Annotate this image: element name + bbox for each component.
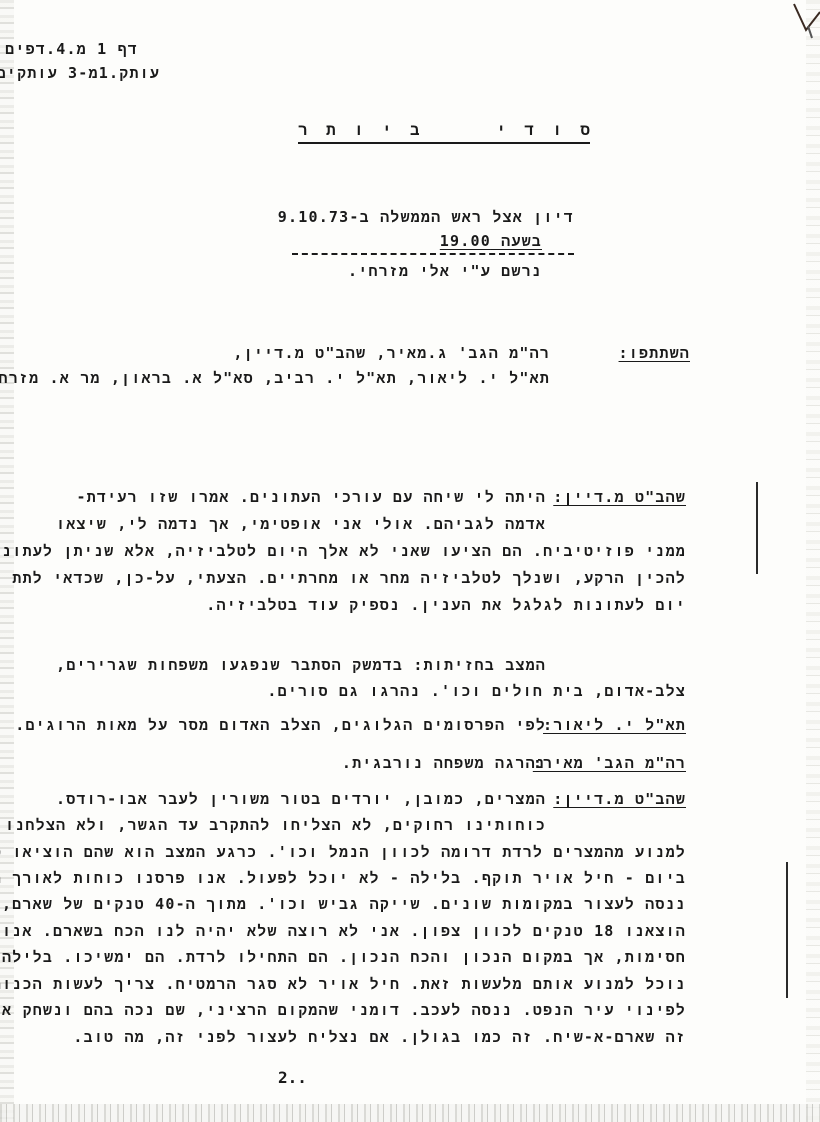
title-letter: י	[496, 120, 506, 140]
scanned-document-page: דף 1 מ.4.דפים עותק.1מ-3 עותקים ס ו ד י ב…	[0, 0, 820, 1122]
classification-title: ס ו ד י ב י ו ת ר	[298, 120, 590, 144]
meeting-title: דיון אצל ראש הממשלה ב-9.10.73	[278, 208, 574, 227]
title-letter: י	[382, 120, 392, 140]
text-line: ממני פוזיטיביח. הם הציעו שאני לא אלך היו…	[0, 542, 686, 561]
margin-mark	[756, 482, 758, 574]
text-line: נוכל למנוע אותם מלעשות זאת. חיל אויר לא …	[0, 975, 686, 994]
text-line: ביום - חיל אויר תוקף. בלילה - לא יוכל לפ…	[0, 869, 686, 888]
text-line: אדמה לגביהם. אולי אני אופטימי, אך נדמה ל…	[56, 515, 546, 534]
title-letter: ו	[552, 120, 562, 140]
text-line: להכין הרקע, ושנלך לטלביזיה מחר או מחרתיי…	[12, 569, 686, 588]
title-letter: ב	[410, 120, 420, 140]
dashed-separator	[292, 253, 574, 255]
title-letter: ד	[524, 120, 534, 140]
recorded-by: נרשם ע"י אלי מזרחי.	[348, 262, 542, 281]
continuation-page-marker: 2..	[278, 1068, 307, 1087]
title-letter: ס	[580, 120, 590, 140]
participants-line-2: תא"ל י. ליאור, תא"ל י. רביב, סא"ל א. ברא…	[0, 369, 550, 388]
text-line: המצב בחזיתות: בדמשק הסתבר שנפגעו משפחות …	[56, 656, 546, 675]
text-line: הוצאנו 18 טנקים לכוון צפון. אני לא רוצה …	[0, 922, 686, 941]
title-letter: ר	[298, 120, 308, 140]
text-line: יום לעתונות לגלגל את הענין. נספיק עוד בט…	[206, 596, 686, 615]
text-line: היתה לי שיחה עם עורכי העתונים. אמרו שזו …	[76, 488, 546, 507]
title-letter: ת	[326, 120, 336, 140]
scan-edge-right	[806, 0, 820, 1122]
text-line: ננסה לעצור במקומות שונים. שייקה גביש וכו…	[2, 895, 686, 914]
text-line: לפינוי עיר הנפט. ננסה לעכב. דומני שהמקום…	[0, 1001, 686, 1020]
scan-edge-bottom	[0, 1104, 820, 1122]
text-line: חסימות, אך במקום הנכון והכח הנכון. הם הת…	[0, 948, 686, 967]
participants-line-1: רה"מ הגב' ג.מאיר, שהב"ט מ.דיין,	[233, 344, 550, 363]
text-line: למנוע מהמצרים לרדת דרומה לכוון הנמל וכו'…	[0, 843, 686, 862]
text-line: זה שארם-א-שיח. זה כמו בגולן. אם נצליח לע…	[73, 1028, 686, 1047]
text-line: המצרים, כמובן, יורדים בטור משורין לעבר א…	[56, 790, 546, 809]
text-line: צלב-אדום, בית חולים וכו'. נהרגו גם סורים…	[267, 682, 686, 701]
text-line: כוחותינו רחוקים, לא הצליחו להתקרב עד הגש…	[5, 816, 546, 835]
speaker-dayan-2: שהב"ט מ.דיין:	[553, 790, 686, 809]
text-line: לפי הפרסומים הגלוגים, הצלב האדום מסר על …	[15, 716, 546, 735]
page-count-line: דף 1 מ.4.דפים	[5, 40, 138, 59]
speaker-dayan: שהב"ט מ.דיין:	[553, 488, 686, 507]
speaker-meir: רה"מ הגב' מאיר:	[533, 754, 686, 773]
margin-mark	[786, 862, 788, 998]
title-letter: ו	[354, 120, 364, 140]
participants-label: השתתפו:	[619, 344, 690, 363]
text-line: נהרגה משפחה נורבגית.	[342, 754, 546, 773]
meeting-time: בשעה 19.00	[440, 232, 542, 251]
speaker-lior: תא"ל י. ליאור:	[543, 716, 686, 735]
copy-count-line: עותק.1מ-3 עותקים	[0, 64, 160, 83]
folded-corner-mark	[792, 0, 820, 40]
